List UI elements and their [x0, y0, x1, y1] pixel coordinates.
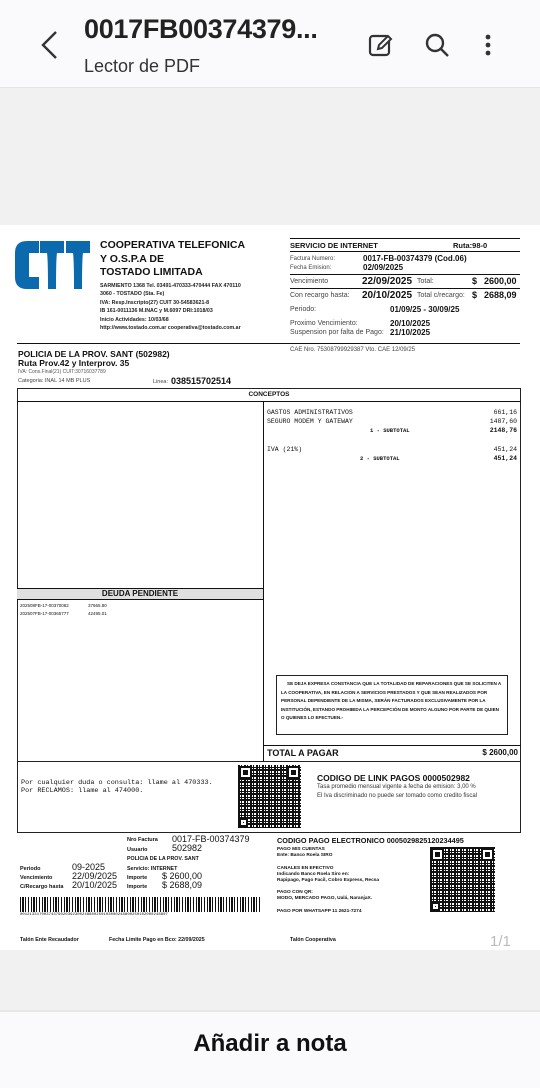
app-bar: 0017FB00374379... Lector de PDF: [0, 0, 540, 88]
service-title: SERVICIO DE INTERNET: [290, 241, 378, 250]
issue-date: 02/09/2025: [363, 263, 403, 272]
edit-icon[interactable]: [366, 30, 396, 60]
cae: CAE Nro. 75308799929387 Vto. CAE 12/09/2…: [290, 347, 415, 353]
add-to-note-button[interactable]: Añadir a nota: [0, 1030, 540, 1058]
barcode-number: 0012133170037437902039230024880025010300…: [20, 913, 168, 917]
issuer-info: SARMIENTO 1368 Tel. 03491-470333-470444 …: [100, 282, 241, 332]
payment-qr-code: [430, 847, 495, 912]
due-date: 22/09/2025: [362, 276, 412, 287]
line-number: 038515702514: [171, 376, 231, 386]
barcode: [20, 897, 260, 912]
page-indicator: 1/1: [490, 933, 511, 950]
electronic-payment-code: CODIGO PAGO ELECTRONICO 0005029825120234…: [277, 836, 464, 845]
customer-address: Ruta Prov.42 y Interprov. 35: [18, 358, 129, 368]
total-to-pay-label: TOTAL A PAGAR: [267, 748, 339, 758]
stub-user: 502982: [172, 843, 202, 853]
repairs-notice: SE DEJA EXPRESA CONSTANCIA QUE LA TOTALI…: [276, 675, 508, 735]
document-title: 0017FB00374379...: [84, 14, 318, 45]
total-amount: 2600,00: [484, 276, 517, 286]
link-pagos-code: CODIGO DE LINK PAGOS 0000502982: [317, 773, 470, 783]
bottom-bar: Añadir a nota: [0, 1010, 540, 1088]
invoice-number: 0017-FB-00374379 (Cod.06): [363, 254, 467, 263]
debt-header: DEUDA PENDIENTE: [17, 589, 263, 598]
contact-info: Por cualquier duda o consulta: llame al …: [21, 780, 213, 795]
concepts-header: CONCEPTOS: [17, 391, 521, 398]
total-to-pay: $ 2600,00: [440, 748, 518, 757]
billing-period: 01/09/25 - 30/09/25: [390, 305, 459, 314]
route: Ruta:98-0: [453, 241, 487, 250]
back-arrow-icon[interactable]: [36, 28, 64, 62]
ctt-logo: [13, 239, 91, 291]
more-vert-icon[interactable]: [473, 30, 503, 60]
search-icon[interactable]: [422, 30, 452, 60]
total-with-surcharge: 2688,09: [484, 290, 517, 300]
qr-code: [238, 765, 301, 828]
issuer-name: COOPERATIVA TELEFONICA Y O.S.P.A DE TOST…: [100, 239, 245, 280]
app-subtitle: Lector de PDF: [84, 56, 200, 77]
